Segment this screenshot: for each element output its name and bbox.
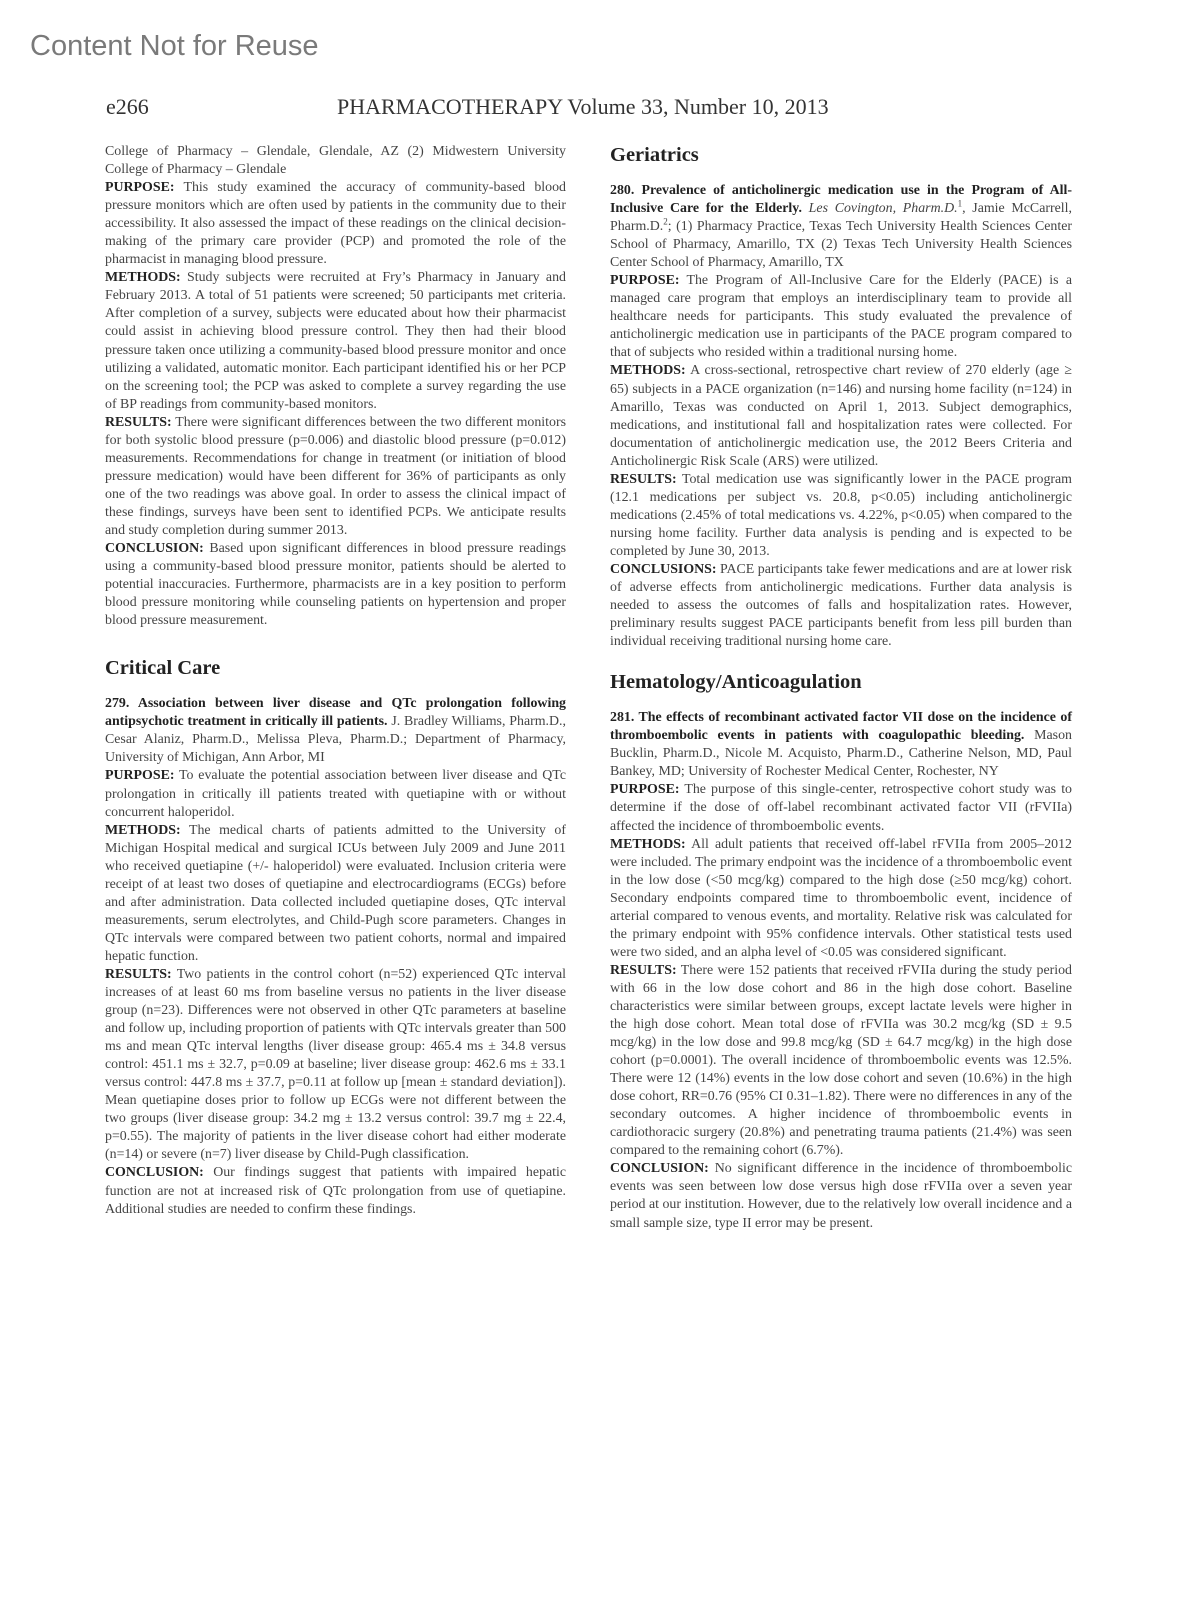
conclusion-label: CONCLUSION:	[105, 541, 204, 556]
affiliation-tail: College of Pharmacy – Glendale, Glendale…	[105, 143, 566, 179]
purpose-paragraph: PURPOSE: To evaluate the potential assoc…	[105, 767, 566, 821]
conclusions-paragraph: CONCLUSIONS: PACE participants take fewe…	[610, 561, 1072, 651]
conclusion-label: CONCLUSION:	[105, 1165, 204, 1180]
conclusions-label: CONCLUSIONS:	[610, 562, 717, 577]
abstract-header: 281. The effects of recombinant activate…	[610, 709, 1072, 781]
purpose-paragraph: PURPOSE: This study examined the accurac…	[105, 179, 566, 269]
abstract-header: 280. Prevalence of anticholinergic medic…	[610, 182, 1072, 272]
purpose-text: To evaluate the potential association be…	[105, 768, 566, 819]
abstract-header: 279. Association between liver disease a…	[105, 695, 566, 767]
methods-label: METHODS:	[105, 270, 181, 285]
methods-text: All adult patients that received off-lab…	[610, 837, 1072, 960]
results-label: RESULTS:	[105, 967, 172, 982]
purpose-label: PURPOSE:	[105, 180, 174, 195]
purpose-text: This study examined the accuracy of comm…	[105, 180, 566, 267]
continued-abstract: College of Pharmacy – Glendale, Glendale…	[105, 143, 566, 630]
methods-paragraph: METHODS: All adult patients that receive…	[610, 836, 1072, 962]
results-label: RESULTS:	[610, 472, 677, 487]
conclusion-paragraph: CONCLUSION: Based upon significant diffe…	[105, 540, 566, 630]
abstract-279: 279. Association between liver disease a…	[105, 695, 566, 1218]
section-heading-hematology: Hematology/Anticoagulation	[610, 670, 1072, 694]
methods-text: Study subjects were recruited at Fry’s P…	[105, 270, 566, 411]
methods-paragraph: METHODS: The medical charts of patients …	[105, 822, 566, 966]
results-paragraph: RESULTS: Two patients in the control coh…	[105, 966, 566, 1165]
watermark: Content Not for Reuse	[30, 30, 319, 63]
purpose-label: PURPOSE:	[610, 273, 679, 288]
purpose-text: The Program of All-Inclusive Care for th…	[610, 273, 1072, 360]
methods-label: METHODS:	[610, 363, 686, 378]
purpose-paragraph: PURPOSE: The purpose of this single-cent…	[610, 781, 1072, 835]
results-label: RESULTS:	[610, 963, 677, 978]
results-text: There were significant differences betwe…	[105, 415, 566, 538]
results-label: RESULTS:	[105, 415, 172, 430]
purpose-label: PURPOSE:	[610, 782, 679, 797]
author-1: Les Covington, Pharm.D.	[809, 201, 958, 216]
methods-paragraph: METHODS: A cross-sectional, retrospectiv…	[610, 362, 1072, 470]
purpose-text: The purpose of this single-center, retro…	[610, 782, 1072, 833]
methods-text: The medical charts of patients admitted …	[105, 823, 566, 964]
purpose-label: PURPOSE:	[105, 768, 174, 783]
results-paragraph: RESULTS: Total medication use was signif…	[610, 471, 1072, 561]
methods-label: METHODS:	[105, 823, 181, 838]
page-number: e266	[106, 94, 149, 120]
results-text: There were 152 patients that received rF…	[610, 963, 1072, 1158]
results-paragraph: RESULTS: There were 152 patients that re…	[610, 962, 1072, 1161]
affiliations: ; (1) Pharmacy Practice, Texas Tech Univ…	[610, 219, 1072, 270]
results-paragraph: RESULTS: There were significant differen…	[105, 414, 566, 540]
abstract-title: 281. The effects of recombinant activate…	[610, 710, 1072, 743]
results-text: Two patients in the control cohort (n=52…	[105, 967, 566, 1162]
methods-label: METHODS:	[610, 837, 686, 852]
abstract-281: 281. The effects of recombinant activate…	[610, 709, 1072, 1232]
conclusion-paragraph: CONCLUSION: Our findings suggest that pa…	[105, 1164, 566, 1218]
results-text: Total medication use was significantly l…	[610, 472, 1072, 559]
abstract-280: 280. Prevalence of anticholinergic medic…	[610, 182, 1072, 651]
methods-paragraph: METHODS: Study subjects were recruited a…	[105, 269, 566, 413]
purpose-paragraph: PURPOSE: The Program of All-Inclusive Ca…	[610, 272, 1072, 362]
conclusion-paragraph: CONCLUSION: No significant difference in…	[610, 1160, 1072, 1232]
journal-title: PHARMACOTHERAPY Volume 33, Number 10, 20…	[337, 94, 829, 120]
left-column: College of Pharmacy – Glendale, Glendale…	[105, 143, 566, 1219]
section-heading-geriatrics: Geriatrics	[610, 143, 1072, 167]
conclusion-label: CONCLUSION:	[610, 1161, 709, 1176]
section-heading-critical-care: Critical Care	[105, 656, 566, 680]
methods-text: A cross-sectional, retrospective chart r…	[610, 363, 1072, 468]
right-column: Geriatrics 280. Prevalence of anticholin…	[610, 143, 1072, 1233]
